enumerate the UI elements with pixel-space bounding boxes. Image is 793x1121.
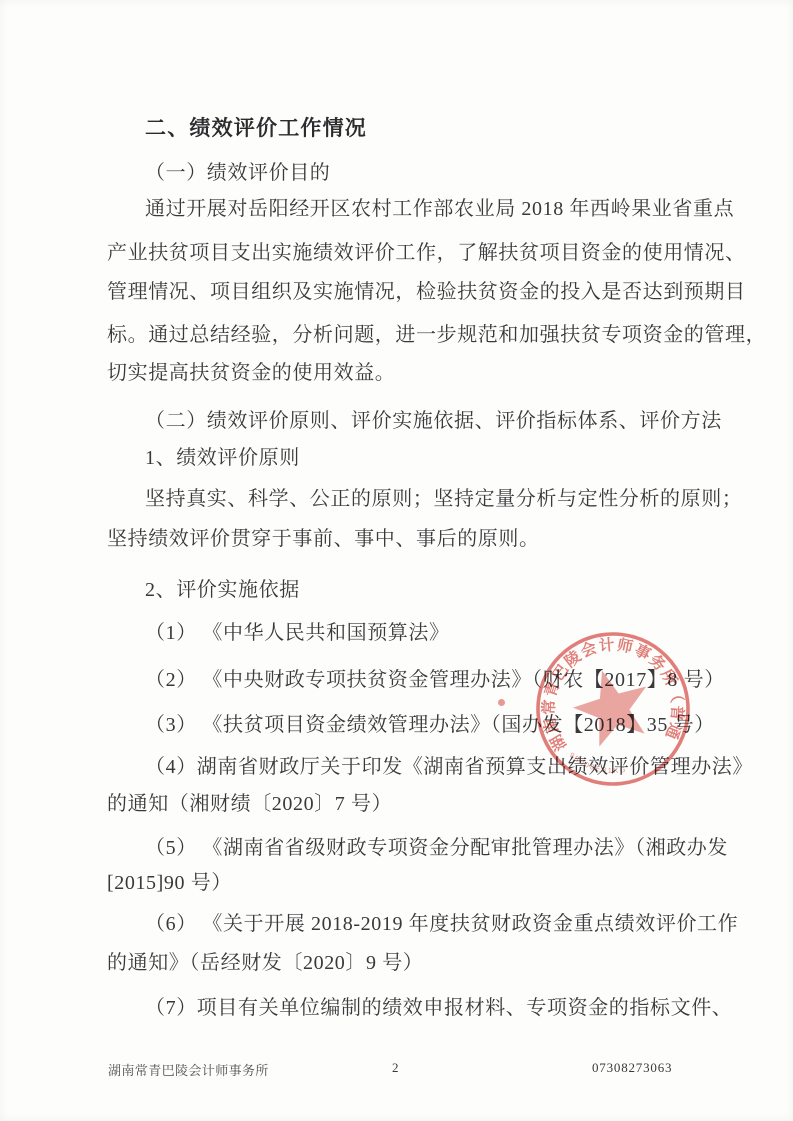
text-line: 通过开展对岳阳经开区农村工作部农业局 2018 年西岭果业省重点 — [145, 198, 734, 220]
text-line: 切实提高扶贫资金的使用效益。 — [107, 362, 395, 384]
text-line: （一）绩效评价目的 — [145, 162, 330, 184]
text-line: 的通知》（岳经财发〔2020〕9 号） — [107, 952, 423, 974]
text-line: 管理情况、项目组织及实施情况，检验扶贫资金的投入是否达到预期目 — [107, 281, 746, 303]
footer-company-name: 湖南常青巴陵会计师事务所 — [108, 1060, 269, 1079]
text-line: 坚持真实、科学、公正的原则；坚持定量分析与定性分析的原则； — [145, 488, 742, 510]
text-line: （二）绩效评价原则、评价实施依据、评价指标体系、评价方法 — [145, 410, 722, 432]
seal-ink-dot — [498, 699, 505, 706]
section-heading: 二、绩效评价工作情况 — [145, 117, 367, 139]
scanned-document-page: 二、绩效评价工作情况（一）绩效评价目的通过开展对岳阳经开区农村工作部农业局 20… — [0, 0, 793, 1121]
text-line: （1） 《中华人民共和国预算法》 — [145, 622, 450, 644]
text-line: 的通知（湘财绩〔2020〕7 号） — [107, 793, 392, 815]
footer-code: 07308273063 — [592, 1060, 672, 1076]
text-line: （6） 《关于开展 2018-2019 年度扶贫财政资金重点绩效评价工作 — [145, 913, 738, 935]
text-line: 2、评价实施依据 — [145, 579, 300, 601]
text-line: （5） 《湖南省省级财政专项资金分配审批管理办法》（湘政办发 — [145, 837, 728, 859]
footer-page-number: 2 — [392, 1060, 399, 1076]
text-line: [2015]90 号） — [107, 872, 232, 894]
text-line: 1、绩效评价原则 — [145, 447, 300, 469]
official-seal-stamp: 湖南常青巴陵会计师事务所（普通合伙） 9B000E31KG — [520, 616, 707, 803]
text-line: 坚持绩效评价贯穿于事前、事中、事后的原则。 — [107, 528, 540, 550]
seal-star-icon — [569, 666, 651, 749]
text-line: 标。通过总结经验，分析问题，进一步规范和加强扶贫专项资金的管理， — [107, 324, 766, 346]
text-line: （7）项目有关单位编制的绩效申报材料、专项资金的指标文件、 — [145, 997, 732, 1019]
text-line: 产业扶贫项目支出实施绩效评价工作，了解扶贫项目资金的使用情况、 — [107, 242, 746, 264]
